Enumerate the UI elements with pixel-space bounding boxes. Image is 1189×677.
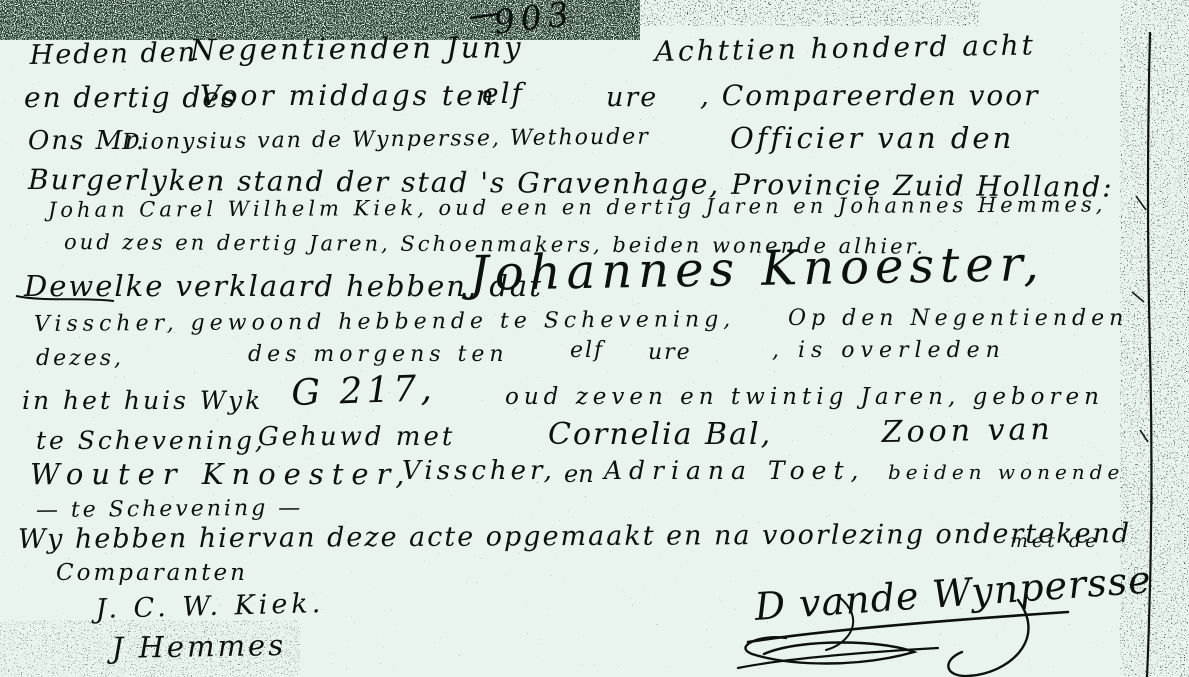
house-prefix: in het huis Wyk xyxy=(22,388,263,413)
opening-heden-den: Heden den xyxy=(30,39,198,69)
death-certificate-scan: 903 Heden den Negentienden Juny Achttien… xyxy=(0,0,1189,677)
death-time-prefix: des morgens ten xyxy=(248,344,509,366)
spouse-name: Cornelia Bal, xyxy=(548,420,772,450)
death-dezes: dezes, xyxy=(36,348,124,370)
deceased-occupation-residence: Visscher, gewoond hebbende te Schevening… xyxy=(34,309,735,336)
opening-date-day: Negentienden Juny xyxy=(190,33,524,65)
closing-line1: Wy hebben hiervan deze acte opgemaakt en… xyxy=(18,520,1131,553)
parents-place: — te Schevening — xyxy=(36,498,304,522)
witnesses-line1: Johan Carel Wilhelm Kiek, oud een en der… xyxy=(48,194,1107,221)
house-number: G 217, xyxy=(291,371,437,412)
father-occupation: Visscher, xyxy=(402,458,556,484)
official-name-title: Dionysius van de Wynpersse, Wethouder xyxy=(122,126,650,154)
birthplace: te Schevening, xyxy=(36,428,266,453)
death-is-overleden: , is overleden xyxy=(772,340,1006,362)
declaration-intro: Dewelke verklaard hebben, dat xyxy=(24,272,543,301)
witness-signature-hemmes: J Hemmes xyxy=(111,631,286,663)
son-of: Zoon van xyxy=(881,415,1053,448)
opening-hour: elf xyxy=(482,80,524,108)
parents-residing: beiden wonende xyxy=(888,462,1124,482)
closing-line1b: met de xyxy=(1010,532,1100,551)
official-officer-of: Officier van den xyxy=(730,124,1014,153)
father-name: Wouter Knoester, xyxy=(30,460,412,489)
opening-year-part1: Achttien honderd acht xyxy=(655,31,1037,66)
opening-compareerden: , Compareerden voor xyxy=(700,82,1040,110)
death-day: Op den Negentienden xyxy=(788,308,1128,330)
en-word: en xyxy=(564,462,594,486)
witness-signature-kiek: J. C. W. Kiek. xyxy=(95,590,324,623)
death-hour: elf xyxy=(570,340,604,362)
opening-time-prefix: Voor middags ten xyxy=(200,82,497,110)
mother-name: Adriana Toet, xyxy=(604,458,865,483)
age-born: oud zeven en twintig Jaren, geboren xyxy=(505,386,1104,409)
top-edge-medium-band xyxy=(560,0,980,26)
closing-line2: Comparanten xyxy=(56,562,248,585)
married-prefix: Gehuwd met xyxy=(258,424,455,450)
death-ure: ure xyxy=(648,342,692,364)
deceased-name: Johannes Knoester, xyxy=(469,240,1045,298)
opening-ure: ure xyxy=(606,84,658,111)
